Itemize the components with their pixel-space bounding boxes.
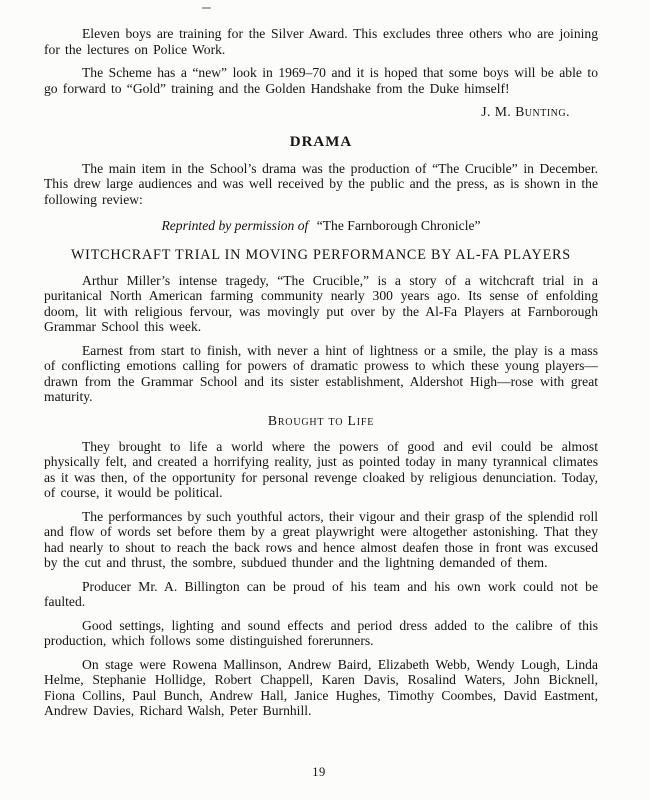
review-headline: WITCHCRAFT TRIAL IN MOVING PERFORMANCE B… bbox=[44, 247, 598, 264]
paragraph-review-6: Good settings, lighting and sound effect… bbox=[44, 618, 598, 649]
paragraph-review-4: The performances by such youthful actors… bbox=[44, 509, 598, 571]
scan-artifact-mark bbox=[202, 7, 211, 9]
paragraph-drama-intro: The main item in the School’s drama was … bbox=[44, 161, 598, 208]
magazine-page: Eleven boys are training for the Silver … bbox=[0, 0, 650, 800]
paragraph-scheme-new-look: The Scheme has a “new” look in 1969–70 a… bbox=[44, 65, 598, 96]
paragraph-review-2: Earnest from start to finish, with never… bbox=[44, 343, 598, 405]
page-number: 19 bbox=[0, 765, 638, 780]
reprint-credit-line: Reprinted by permission of “The Farnboro… bbox=[44, 218, 598, 234]
reprint-credit-text: Reprinted by permission of bbox=[161, 218, 308, 233]
paragraph-review-1: Arthur Miller’s intense tragedy, “The Cr… bbox=[44, 273, 598, 335]
reprint-credit-source: “The Farnborough Chronicle” bbox=[317, 218, 481, 233]
paragraph-review-5: Producer Mr. A. Billington can be proud … bbox=[44, 579, 598, 610]
paragraph-silver-award: Eleven boys are training for the Silver … bbox=[44, 26, 598, 57]
drama-section: DRAMA The main item in the School’s dram… bbox=[44, 134, 598, 719]
signature-j-m-bunting: J. M. Bunting. bbox=[44, 104, 598, 120]
brought-to-life-subheading: Brought to Life bbox=[44, 413, 598, 429]
drama-heading: DRAMA bbox=[44, 134, 598, 151]
paragraph-cast-list: On stage were Rowena Mallinson, Andrew B… bbox=[44, 657, 598, 719]
scouts-section: Eleven boys are training for the Silver … bbox=[44, 26, 598, 120]
paragraph-review-3: They brought to life a world where the p… bbox=[44, 439, 598, 501]
